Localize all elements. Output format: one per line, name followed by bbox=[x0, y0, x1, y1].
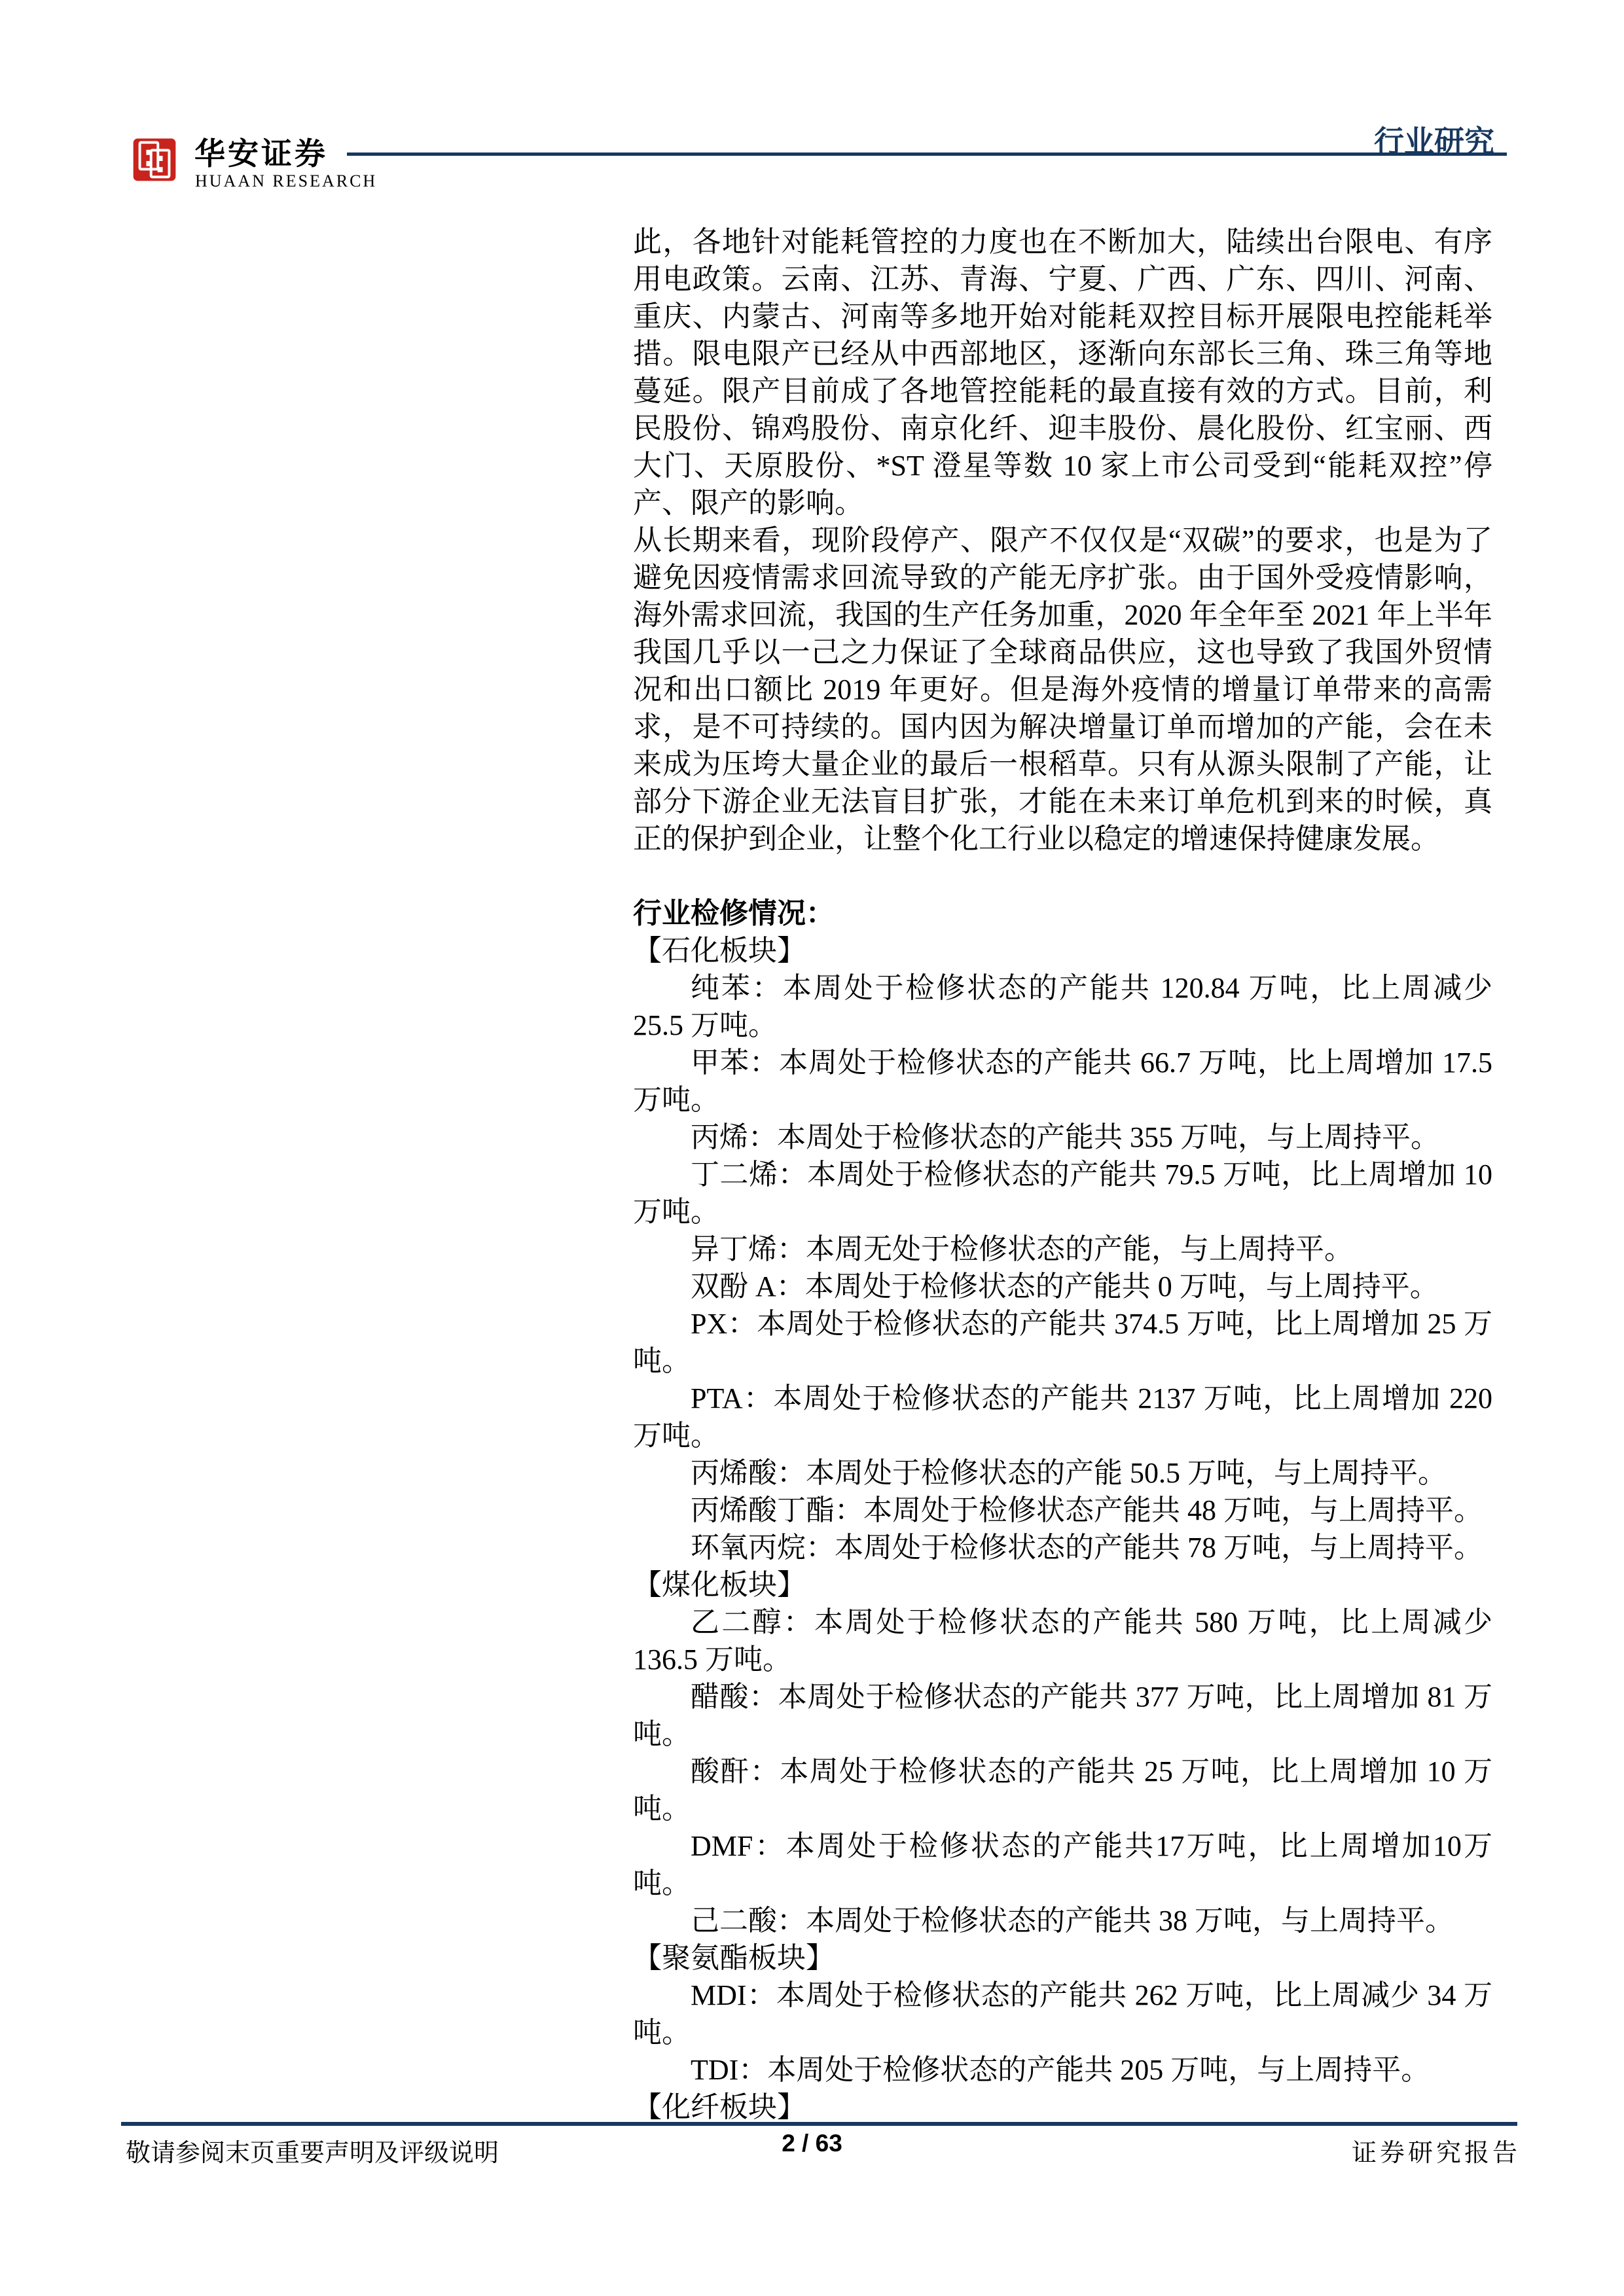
body-paragraph: 此，各地针对能耗管控的力度也在不断加大，陆续出台限电、有序用电政策。云南、江苏、… bbox=[633, 223, 1492, 522]
maintenance-item: 丁二烯：本周处于检修状态的产能共 79.5 万吨，比上周增加 10 万吨。 bbox=[633, 1156, 1492, 1230]
maintenance-item: PX：本周处于检修状态的产能共 374.5 万吨，比上周增加 25 万吨。 bbox=[633, 1305, 1492, 1380]
brand-name-cn: 华安证券 bbox=[194, 130, 332, 173]
maintenance-item: 丙烯酸：本周处于检修状态的产能 50.5 万吨，与上周持平。 bbox=[633, 1454, 1492, 1492]
maintenance-item: 乙二醇：本周处于检修状态的产能共 580 万吨，比上周减少 136.5 万吨。 bbox=[633, 1604, 1492, 1678]
maintenance-item: PTA：本周处于检修状态的产能共 2137 万吨，比上周增加 220 万吨。 bbox=[633, 1380, 1492, 1454]
maintenance-item: TDI：本周处于检修状态的产能共 205 万吨，与上周持平。 bbox=[633, 2051, 1492, 2089]
maintenance-item: 双酚 A：本周处于检修状态的产能共 0 万吨，与上周持平。 bbox=[633, 1268, 1492, 1305]
maintenance-item: 丙烯酸丁酯：本周处于检修状态产能共 48 万吨，与上周持平。 bbox=[633, 1492, 1492, 1529]
section-title-petrochemical: 【石化板块】 bbox=[633, 932, 1492, 969]
report-body: 此，各地针对能耗管控的力度也在不断加大，陆续出台限电、有序用电政策。云南、江苏、… bbox=[633, 223, 1492, 2126]
report-page: 华安证券 HUAAN RESEARCH 行业研究 此，各地针对能耗管控的力度也在… bbox=[0, 0, 1624, 2296]
section-title-coal-chemical: 【煤化板块】 bbox=[633, 1566, 1492, 1604]
brand-name-en: HUAAN RESEARCH bbox=[195, 171, 377, 191]
report-category-label: 行业研究 bbox=[1374, 118, 1494, 161]
footer-report-type: 证券研究报告 bbox=[1352, 2132, 1521, 2168]
footer-divider bbox=[121, 2122, 1517, 2126]
maintenance-item: 异丁烯：本周无处于检修状态的产能，与上周持平。 bbox=[633, 1230, 1492, 1268]
maintenance-item: MDI：本周处于检修状态的产能共 262 万吨，比上周减少 34 万吨。 bbox=[633, 1977, 1492, 2051]
section-title-polyurethane: 【聚氨酯板块】 bbox=[633, 1939, 1492, 1977]
maintenance-item: 纯苯：本周处于检修状态的产能共 120.84 万吨，比上周减少 25.5 万吨。 bbox=[633, 969, 1492, 1044]
maintenance-item: 醋酸：本周处于检修状态的产能共 377 万吨，比上周增加 81 万吨。 bbox=[633, 1678, 1492, 1753]
maintenance-item: 环氧丙烷：本周处于检修状态的产能共 78 万吨，与上周持平。 bbox=[633, 1529, 1492, 1566]
header-divider bbox=[347, 152, 1507, 156]
maintenance-heading: 行业检修情况： bbox=[633, 895, 1492, 932]
maintenance-item: 己二酸：本周处于检修状态的产能共 38 万吨，与上周持平。 bbox=[633, 1902, 1492, 1939]
maintenance-item: 丙烯：本周处于检修状态的产能共 355 万吨，与上周持平。 bbox=[633, 1119, 1492, 1156]
section-title-chemical-fiber: 【化纤板块】 bbox=[633, 2089, 1492, 2126]
body-paragraph: 从长期来看，现阶段停产、限产不仅仅是“双碳”的要求，也是为了避免因疫情需求回流导… bbox=[633, 522, 1492, 857]
maintenance-item: DMF：本周处于检修状态的产能共17万吨，比上周增加10万吨。 bbox=[633, 1827, 1492, 1902]
maintenance-item: 甲苯：本周处于检修状态的产能共 66.7 万吨，比上周增加 17.5 万吨。 bbox=[633, 1044, 1492, 1119]
maintenance-item: 酸酐：本周处于检修状态的产能共 25 万吨，比上周增加 10 万吨。 bbox=[633, 1753, 1492, 1827]
huaan-seal-icon bbox=[133, 138, 176, 181]
